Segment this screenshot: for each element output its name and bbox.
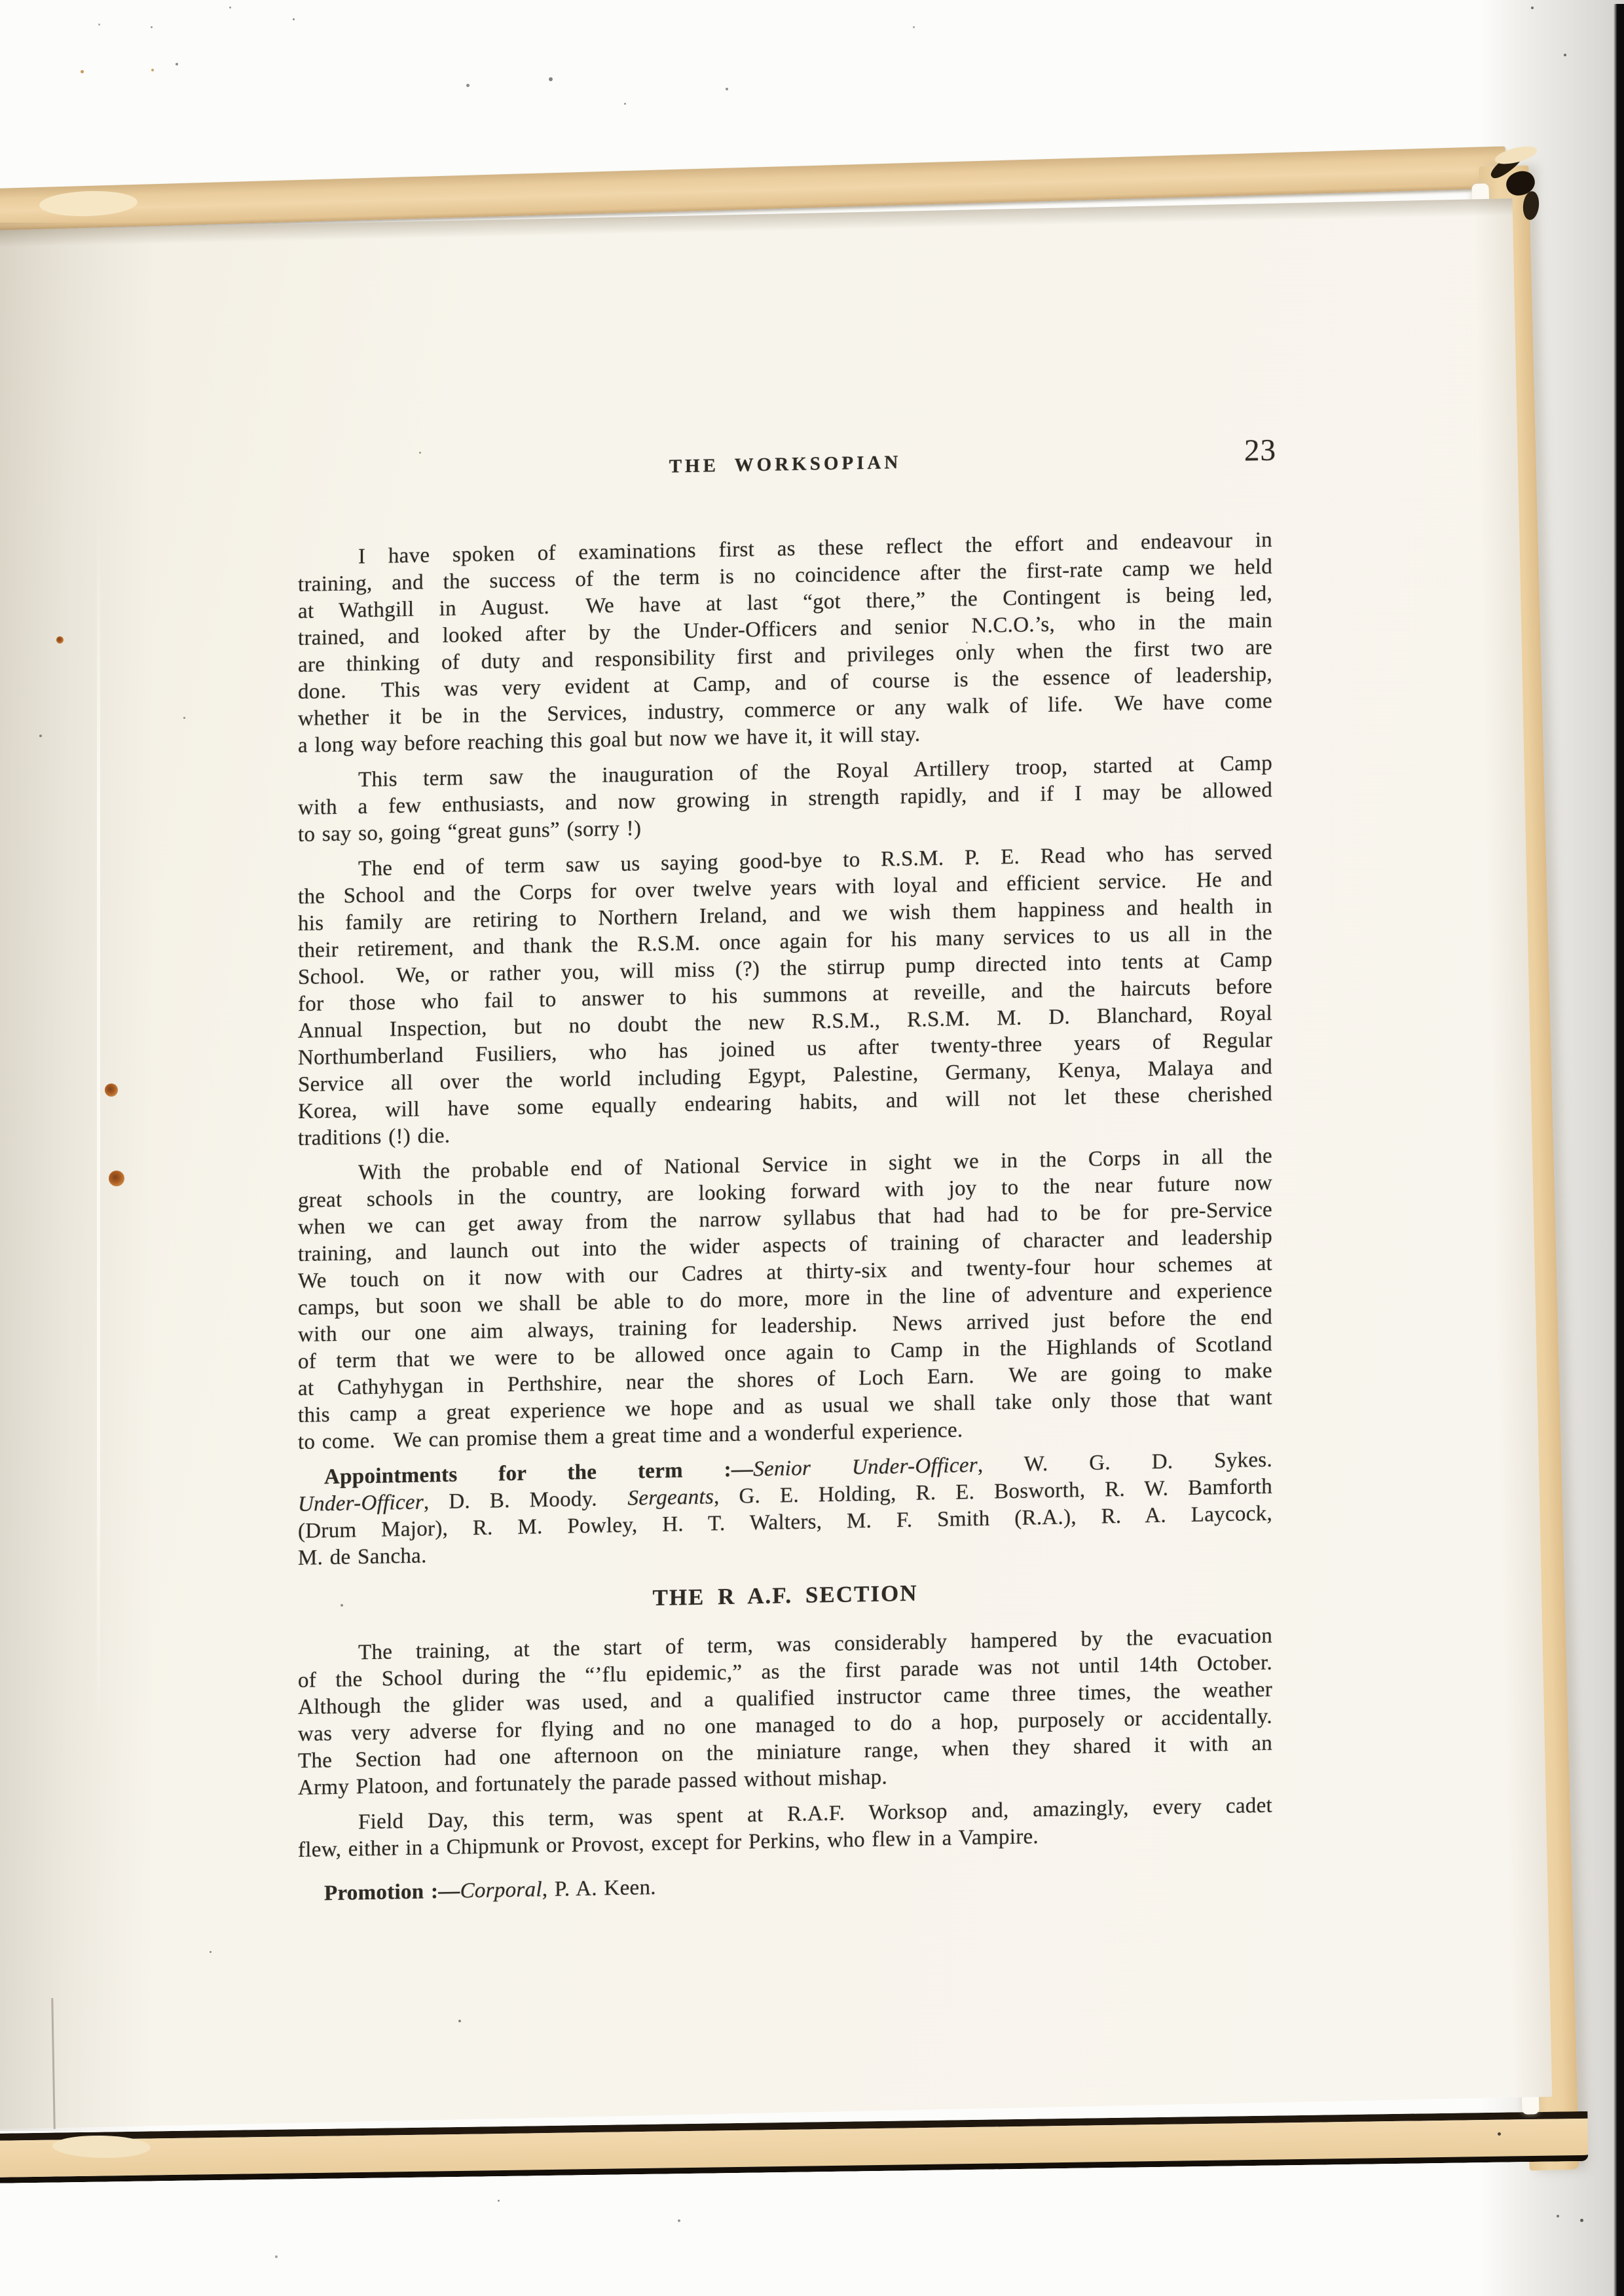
paragraph: The end of term saw us saying good-bye t… xyxy=(298,839,1272,1152)
dust-speck xyxy=(549,77,553,81)
paragraph: Field Day, this term, was spent at R.A.F… xyxy=(298,1793,1272,1864)
dust-speck xyxy=(913,26,915,28)
section-heading: THE R A.F. SECTION xyxy=(298,1573,1272,1619)
dust-speck xyxy=(151,69,154,71)
paragraph: The training, at the start of term, was … xyxy=(298,1623,1272,1802)
page-speck xyxy=(210,1951,212,1953)
dust-speck xyxy=(498,2200,500,2202)
dust-speck xyxy=(98,24,100,26)
dust-speck xyxy=(1531,7,1534,9)
foxing-rust-spot xyxy=(109,1171,124,1186)
dust-speck xyxy=(1564,54,1566,56)
page-speck xyxy=(183,717,185,719)
dust-speck xyxy=(293,18,295,20)
dust-speck xyxy=(624,103,626,105)
foxing-rust-spot xyxy=(105,1084,118,1097)
dust-speck xyxy=(726,88,728,90)
body-text: I have spoken of examinations first as t… xyxy=(298,527,1272,1908)
foxing-rust-spot xyxy=(56,636,64,644)
paragraph: Appointments for the term :—Senior Under… xyxy=(298,1447,1272,1572)
page-speck xyxy=(1498,2132,1501,2136)
dust-speck xyxy=(678,2219,680,2222)
dust-speck xyxy=(275,2255,278,2258)
dust-speck xyxy=(175,63,178,65)
dust-speck xyxy=(151,26,153,28)
dust-speck xyxy=(1557,2215,1559,2217)
gutter-shadow xyxy=(0,223,154,2131)
page-speck xyxy=(419,452,421,454)
paragraph: With the probable end of National Servic… xyxy=(298,1143,1272,1456)
page-speck xyxy=(458,2020,461,2022)
scan-edge-black-strip xyxy=(1614,4,1624,2296)
paragraph: This term saw the inauguration of the Ro… xyxy=(298,750,1272,848)
dust-speck xyxy=(81,70,84,73)
page-speck xyxy=(39,735,42,737)
paragraph: I have spoken of examinations first as t… xyxy=(298,527,1272,759)
page-number: 23 xyxy=(1244,433,1276,469)
dust-speck xyxy=(229,7,231,9)
dust-speck xyxy=(1580,2219,1583,2222)
scanned-book-page: THE WORKSOPIAN 23 I have spoken of exami… xyxy=(0,0,1624,2296)
printed-text-block: THE WORKSOPIAN 23 I have spoken of exami… xyxy=(298,441,1272,1908)
gutter-crease-highlight xyxy=(97,511,100,1741)
dust-speck xyxy=(466,84,470,87)
